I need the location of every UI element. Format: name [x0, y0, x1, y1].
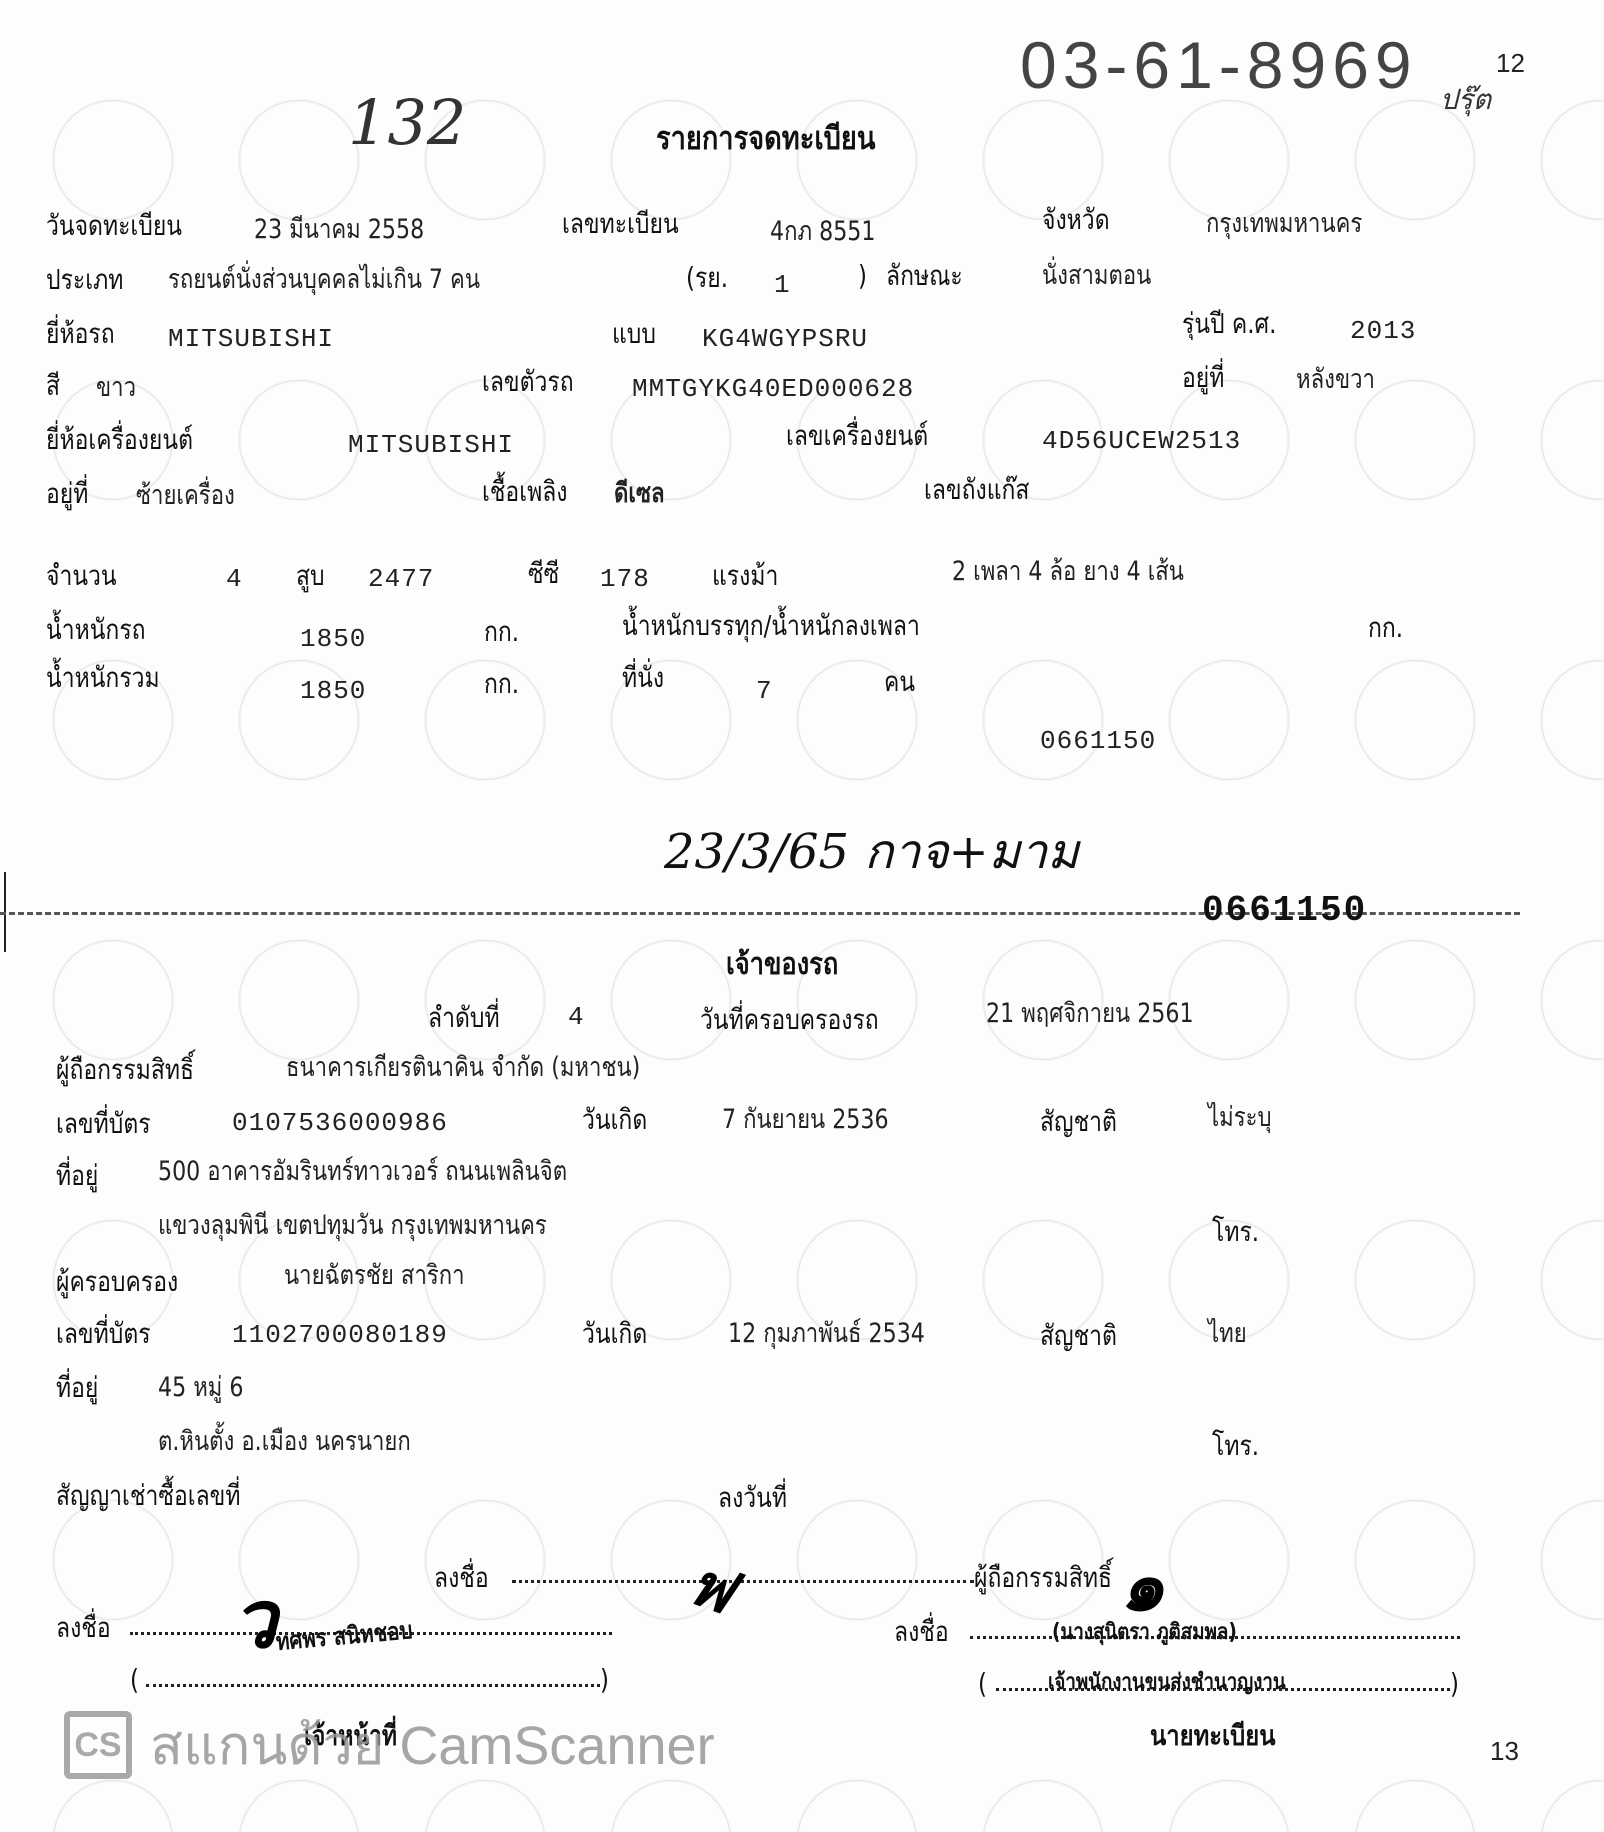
year-value: 2013	[1350, 318, 1416, 344]
page-number-bottom: 13	[1490, 1738, 1519, 1764]
hp-value: 178	[600, 566, 650, 592]
registration-serial: 0661150	[1040, 728, 1156, 754]
cut-serial-number: 0661150	[1202, 890, 1367, 931]
owner-address-line1: 500 อาคารอัมรินทร์ทาวเวอร์ ถนนเพลินจิต	[158, 1158, 567, 1185]
handwritten-number: 132	[348, 92, 466, 154]
color-value: ขาว	[96, 374, 136, 401]
province-value: กรุงเทพมหานคร	[1206, 210, 1362, 237]
owner-sign-line	[512, 1580, 974, 1583]
hp-label: แรงม้า	[712, 562, 778, 590]
total-weight-unit: กก.	[484, 670, 519, 698]
owner-nationality-label: สัญชาติ	[1040, 1108, 1117, 1136]
possessor-nationality-label: สัญชาติ	[1040, 1322, 1117, 1350]
style-label: ลักษณะ	[886, 262, 963, 290]
type-value: รถยนต์นั่งส่วนบุคคลไม่เกิน 7 คน	[168, 266, 480, 293]
fuel-label: เชื้อเพลิง	[482, 478, 567, 506]
registrar-name-stamp: (นางสุนิตรา ภูติสมพล)	[1052, 1614, 1237, 1649]
vin-location-value: หลังขวา	[1296, 366, 1375, 393]
plate-label: เลขทะเบียน	[562, 210, 679, 238]
weight-unit: กก.	[484, 618, 519, 646]
possessor-label: ผู้ครอบครอง	[56, 1268, 178, 1296]
owner-phone-label: โทร.	[1212, 1218, 1259, 1246]
officer-paren-close: )	[600, 1666, 609, 1694]
owner-sign-suffix: ผู้ถือกรรมสิทธิ์	[974, 1564, 1112, 1592]
owner-address-label: ที่อยู่	[56, 1162, 98, 1190]
engine-brand-value: MITSUBISHI	[348, 432, 514, 458]
ry-label: (รย.	[686, 264, 728, 292]
model-label: แบบ	[612, 320, 656, 348]
possessor-address-label: ที่อยู่	[56, 1374, 98, 1402]
style-value: นั่งสามตอน	[1042, 262, 1151, 289]
registrar-position-stamp: เจ้าพนักงานขนส่งชำนาญงาน	[1048, 1664, 1286, 1699]
reg-date-value: 23 มีนาคม 2558	[254, 216, 424, 243]
possessor-birth-value: 12 กุมภาพันธ์ 2534	[728, 1320, 925, 1347]
seq-value: 4	[568, 1004, 585, 1030]
owner-signature: ฟ	[675, 1536, 747, 1640]
year-label: รุ่นปี ค.ศ.	[1182, 310, 1276, 338]
cylinder-label: สูบ	[296, 562, 325, 590]
camscanner-watermark: CS สแกนด้วย CamScanner	[64, 1702, 715, 1788]
possession-date-label: วันที่ครอบครองรถ	[700, 1006, 879, 1034]
camscanner-logo-icon: CS	[64, 1711, 132, 1779]
engine-no-value: 4D56UCEW2513	[1042, 428, 1241, 454]
count-label: จำนวน	[46, 562, 117, 590]
officer-sign-label: ลงชื่อ	[56, 1614, 111, 1642]
owner-birth-label: วันเกิด	[582, 1106, 647, 1134]
possessor-name: นายฉัตรชัย สาริกา	[284, 1262, 465, 1289]
engine-location-value: ซ้ายเครื่อง	[136, 482, 235, 509]
officer-paren-open: (	[130, 1666, 139, 1694]
color-label: สี	[46, 372, 60, 400]
owner-sign-label: ลงชื่อ	[434, 1564, 489, 1592]
handwritten-initial: ปรุ๊ต	[1440, 86, 1491, 114]
sign-date-label: ลงวันที่	[718, 1484, 787, 1512]
handwritten-date-note: 23/3/65 กาจ+มาม	[664, 828, 1079, 876]
officer-name-line	[146, 1684, 600, 1687]
registrar-sign-label: ลงชื่อ	[894, 1618, 949, 1646]
engine-no-label: เลขเครื่องยนต์	[786, 422, 928, 450]
owner-label: ผู้ถือกรรมสิทธิ์	[56, 1056, 194, 1084]
handwritten-file-number: 03-61-8969	[1020, 32, 1418, 98]
seats-value: 7	[756, 678, 773, 704]
possessor-id-value: 1102700080189	[232, 1322, 448, 1348]
cc-value: 2477	[368, 566, 434, 592]
ry-value: 1	[774, 272, 791, 298]
possession-date-value: 21 พฤศจิกายน 2561	[986, 1000, 1194, 1027]
owner-id-label: เลขที่บัตร	[56, 1110, 151, 1138]
model-value: KG4WGYPSRU	[702, 326, 868, 352]
officer-signature: ว	[232, 1556, 277, 1683]
owner-birth-value: 7 กันยายน 2536	[722, 1106, 889, 1133]
brand-label: ยี่ห้อรถ	[46, 320, 115, 348]
cc-label: ซีซี	[528, 560, 559, 588]
ry-close: )	[858, 262, 867, 290]
possessor-birth-label: วันเกิด	[582, 1320, 647, 1348]
seats-label: ที่นั่ง	[622, 664, 664, 692]
hire-contract-label: สัญญาเช่าซื้อเลขที่	[56, 1482, 240, 1510]
persons-label: คน	[884, 668, 915, 696]
reg-date-label: วันจดทะเบียน	[46, 212, 182, 240]
vin-location-label: อยู่ที่	[1182, 364, 1224, 392]
fuel-value: ดีเซล	[614, 480, 665, 507]
possessor-phone-label: โทร.	[1212, 1432, 1259, 1460]
owner-name: ธนาคารเกียรตินาคิน จำกัด (มหาชน)	[286, 1054, 640, 1081]
registrar-title: นายทะเบียน	[1150, 1722, 1276, 1750]
owner-nationality-value: ไม่ระบุ	[1208, 1104, 1272, 1131]
possessor-nationality-value: ไทย	[1208, 1320, 1247, 1347]
type-label: ประเภท	[46, 266, 123, 294]
load-unit: กก.	[1368, 614, 1403, 642]
plate-value: 4กภ 8551	[770, 218, 875, 245]
axles-wheels-value: 2 เพลา 4 ล้อ ยาง 4 เส้น	[952, 558, 1184, 585]
brand-value: MITSUBISHI	[168, 326, 334, 352]
gas-tank-label: เลขถังแก๊ส	[924, 476, 1029, 504]
owner-id-value: 0107536000986	[232, 1110, 448, 1136]
registrar-paren-close: )	[1450, 1670, 1459, 1698]
registrar-paren-open: (	[978, 1670, 987, 1698]
seq-label: ลำดับที่	[428, 1004, 500, 1032]
possessor-address-line2: ต.หินตั้ง อ.เมือง นครนายก	[158, 1428, 411, 1455]
load-label: น้ำหนักบรรทุก/น้ำหนักลงเพลา	[622, 612, 920, 640]
watermark-text: สแกนด้วย CamScanner	[150, 1702, 715, 1788]
engine-location-label: อยู่ที่	[46, 480, 88, 508]
cylinders-value: 4	[226, 566, 243, 592]
engine-brand-label: ยี่ห้อเครื่องยนต์	[46, 426, 193, 454]
total-weight-value: 1850	[300, 678, 366, 704]
registration-title: รายการจดทะเบียน	[656, 122, 875, 154]
total-weight-label: น้ำหนักรวม	[46, 664, 160, 692]
possessor-address-line1: 45 หมู่ 6	[158, 1374, 244, 1401]
weight-value: 1850	[300, 626, 366, 652]
possessor-id-label: เลขที่บัตร	[56, 1320, 151, 1348]
weight-label: น้ำหนักรถ	[46, 616, 146, 644]
owner-address-line2: แขวงลุมพินี เขตปทุมวัน กรุงเทพมหานคร	[158, 1212, 547, 1239]
province-label: จังหวัด	[1042, 206, 1110, 234]
owner-section-title: เจ้าของรถ	[726, 950, 838, 980]
officer-stamp-name: ทศพร สนิทชอบ	[274, 1610, 414, 1661]
vin-label: เลขตัวรถ	[482, 368, 574, 396]
vin-value: MMTGYKG40ED000628	[632, 376, 914, 402]
page-number-top: 12	[1496, 50, 1525, 76]
